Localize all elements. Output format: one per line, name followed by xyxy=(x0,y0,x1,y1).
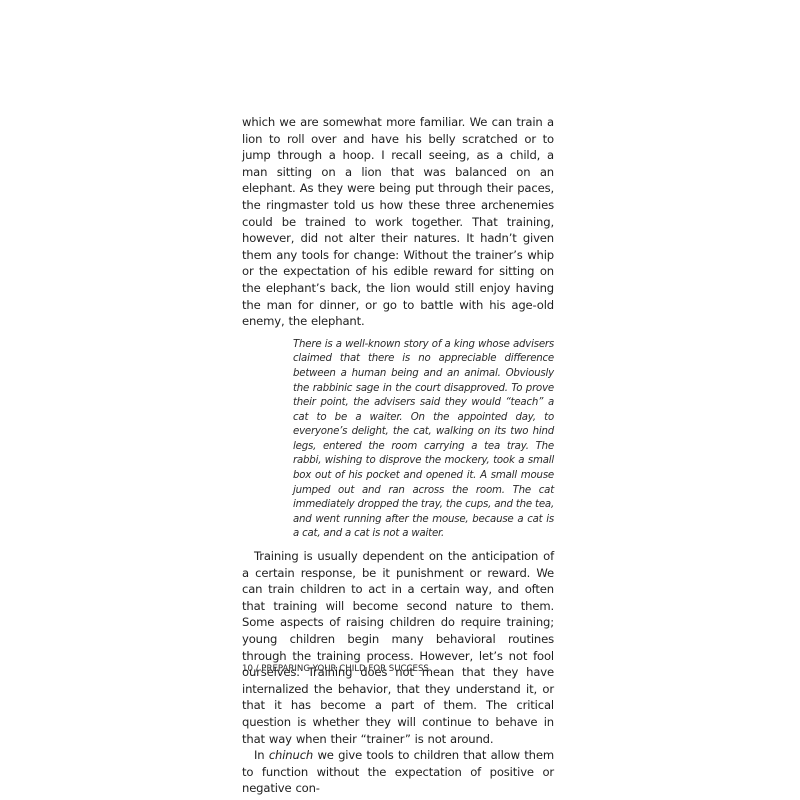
page-number: 10 xyxy=(242,664,253,674)
paragraph-training: Training is usually dependent on the ant… xyxy=(242,548,554,747)
block-quote-story: There is a well-known story of a king wh… xyxy=(293,338,554,542)
page-footer: 10 / PREPARING YOUR CHILD FOR SUCCESS xyxy=(242,664,429,674)
term-chinuch: chinuch xyxy=(269,748,313,762)
paragraph-continuation: which we are somewhat more familiar. We … xyxy=(242,114,554,330)
paragraph-chinuch: In chinuch we give tools to children tha… xyxy=(242,747,554,797)
book-page: which we are somewhat more familiar. We … xyxy=(242,114,554,797)
running-title: PREPARING YOUR CHILD FOR SUCCESS xyxy=(261,664,429,674)
paragraph-chinuch-lead: In xyxy=(254,748,269,762)
